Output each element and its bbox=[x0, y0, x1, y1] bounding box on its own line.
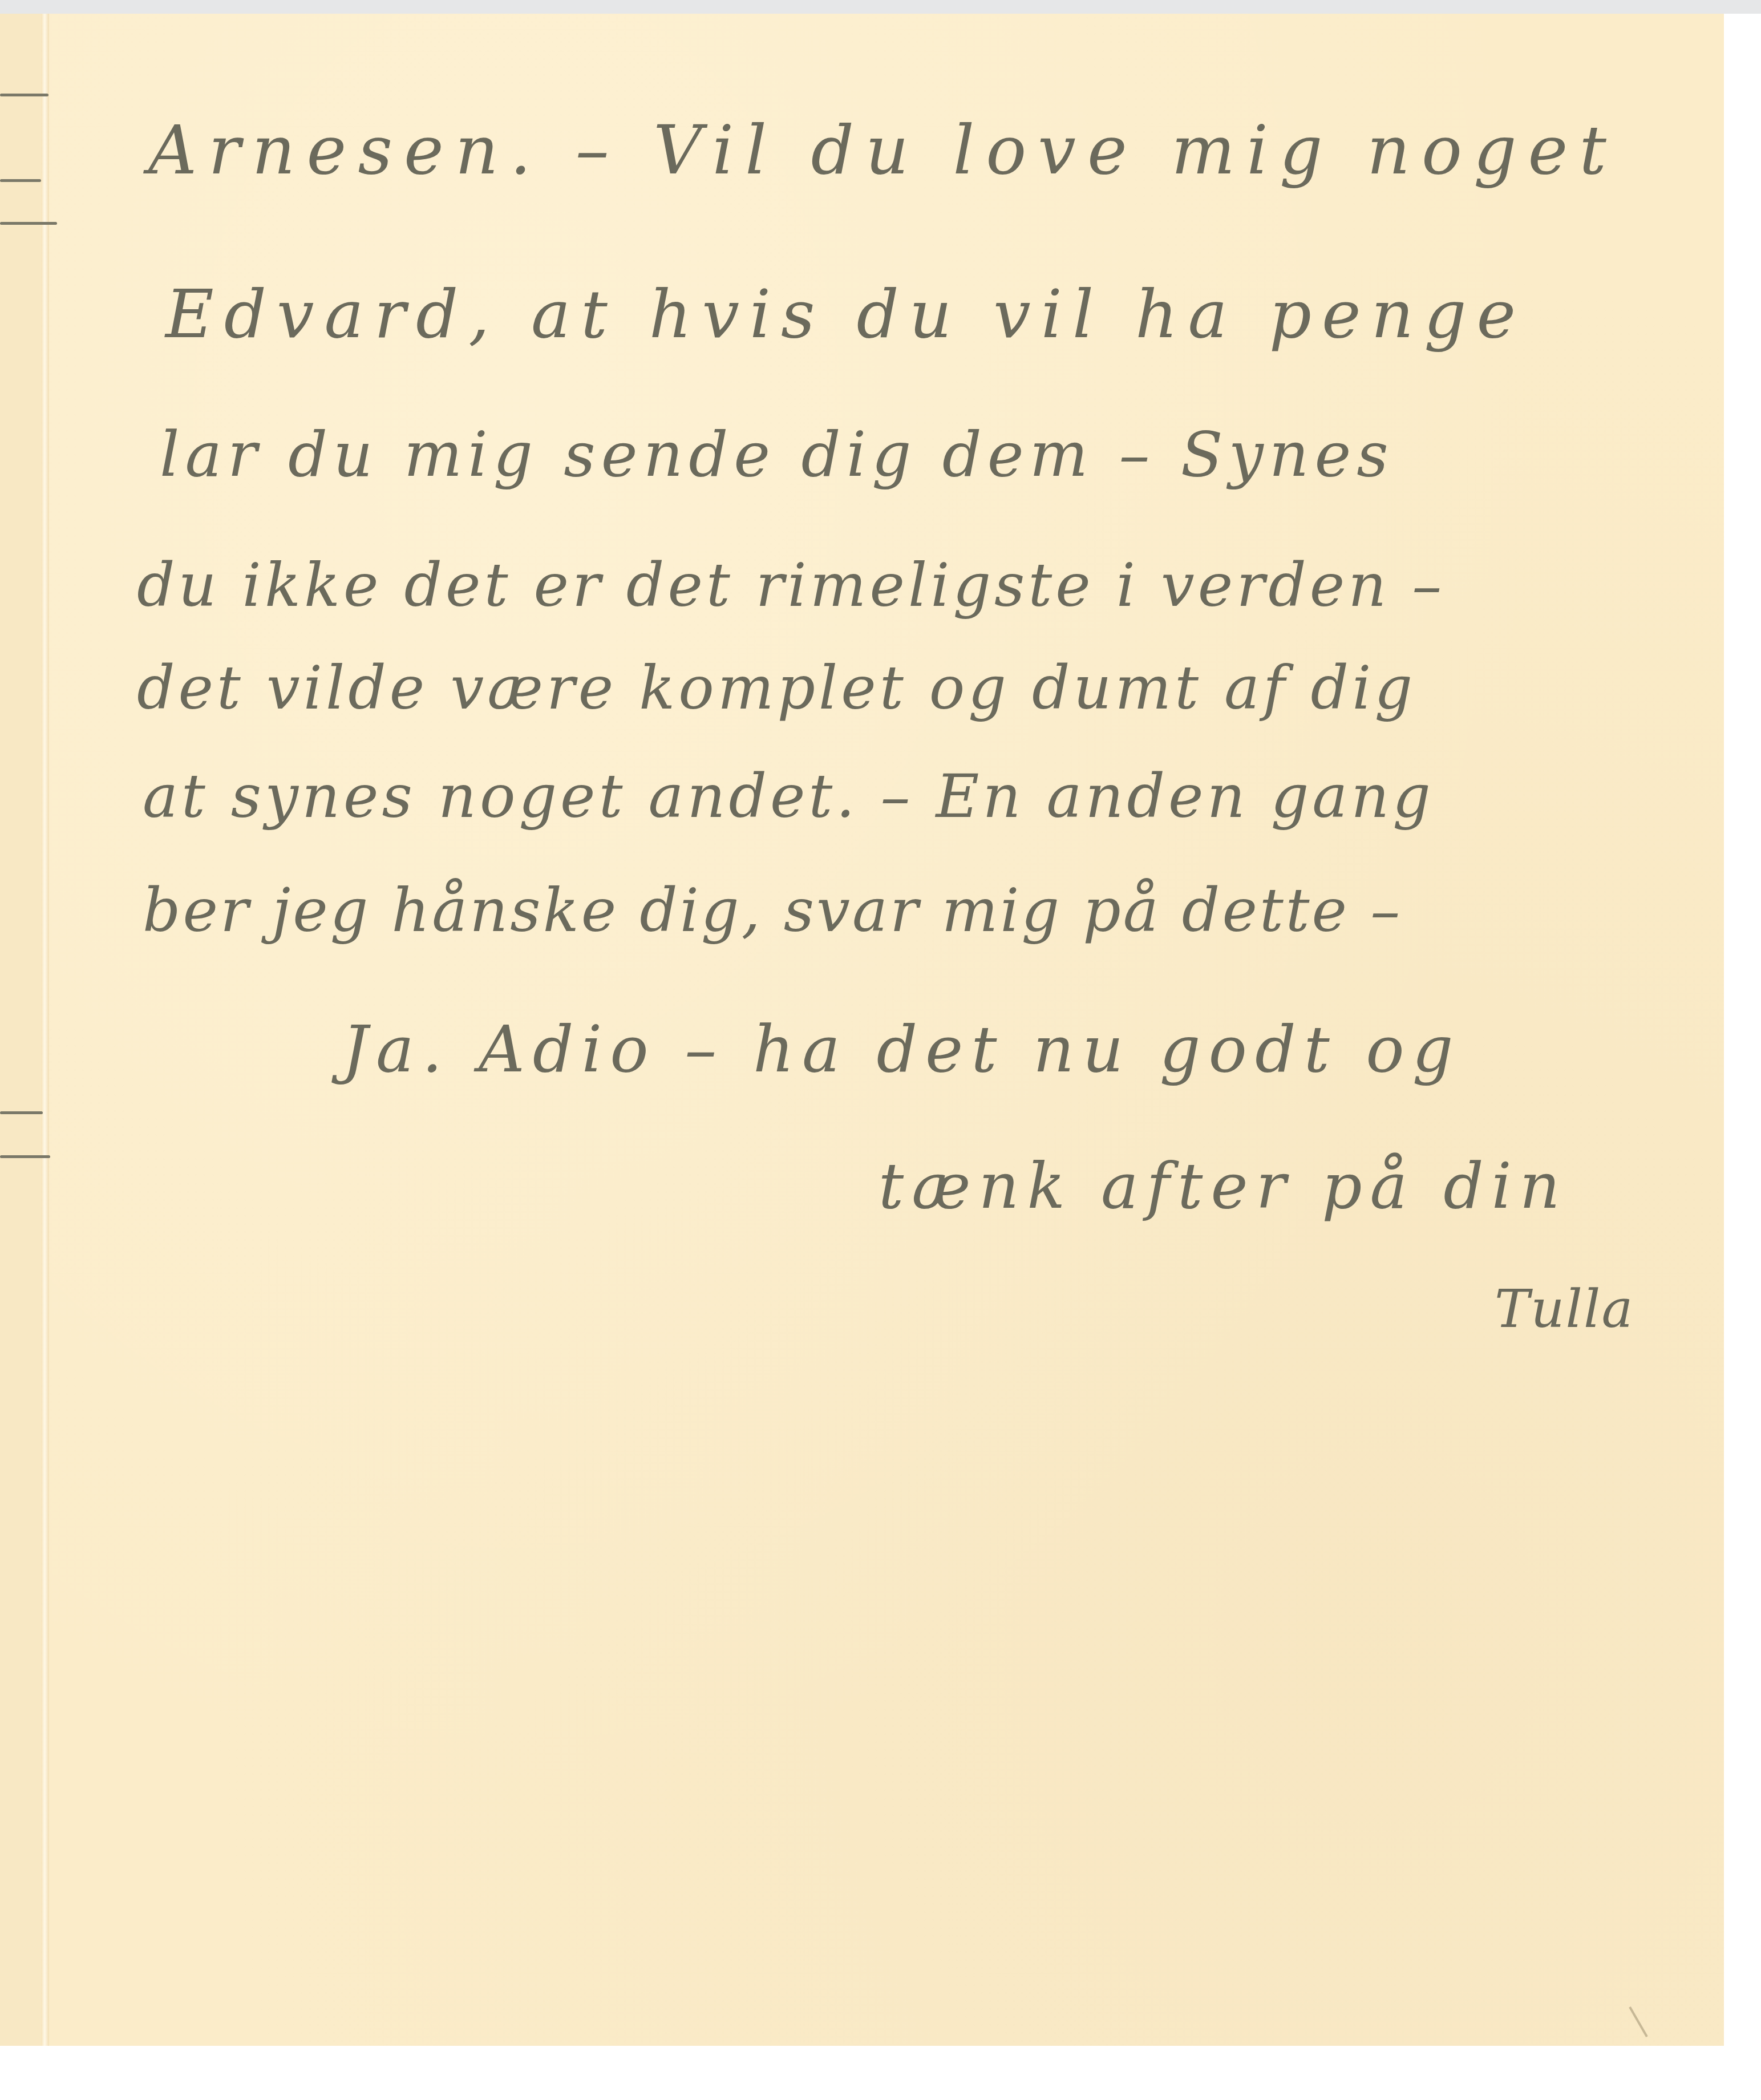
letter-line: Arnesen. – Vil du love mig noget bbox=[148, 116, 1618, 184]
letter-line: ber jeg hånske dig, svar mig på dette – bbox=[143, 881, 1402, 940]
letter-line: tænk after på din bbox=[879, 1155, 1568, 1217]
signature: Tulla bbox=[1495, 1283, 1634, 1336]
letter-page: Arnesen. – Vil du love mig noget Edvard,… bbox=[0, 14, 1724, 2046]
letter-line: Ja. Adio – ha det nu godt og bbox=[342, 1018, 1461, 1082]
letter-body: Arnesen. – Vil du love mig noget Edvard,… bbox=[0, 14, 1724, 2046]
letter-line: du ikke det er det rimeligste i verden – bbox=[137, 556, 1445, 615]
letter-line: at synes noget andet. – En anden gang bbox=[143, 767, 1434, 826]
scan-top-strip bbox=[0, 0, 1761, 14]
letter-line: Edvard, at hvis du vil ha penge bbox=[165, 282, 1526, 348]
letter-line: lar du mig sende dig dem – Synes bbox=[160, 424, 1394, 486]
letter-line: det vilde være komplet og dumt af dig bbox=[137, 658, 1416, 718]
